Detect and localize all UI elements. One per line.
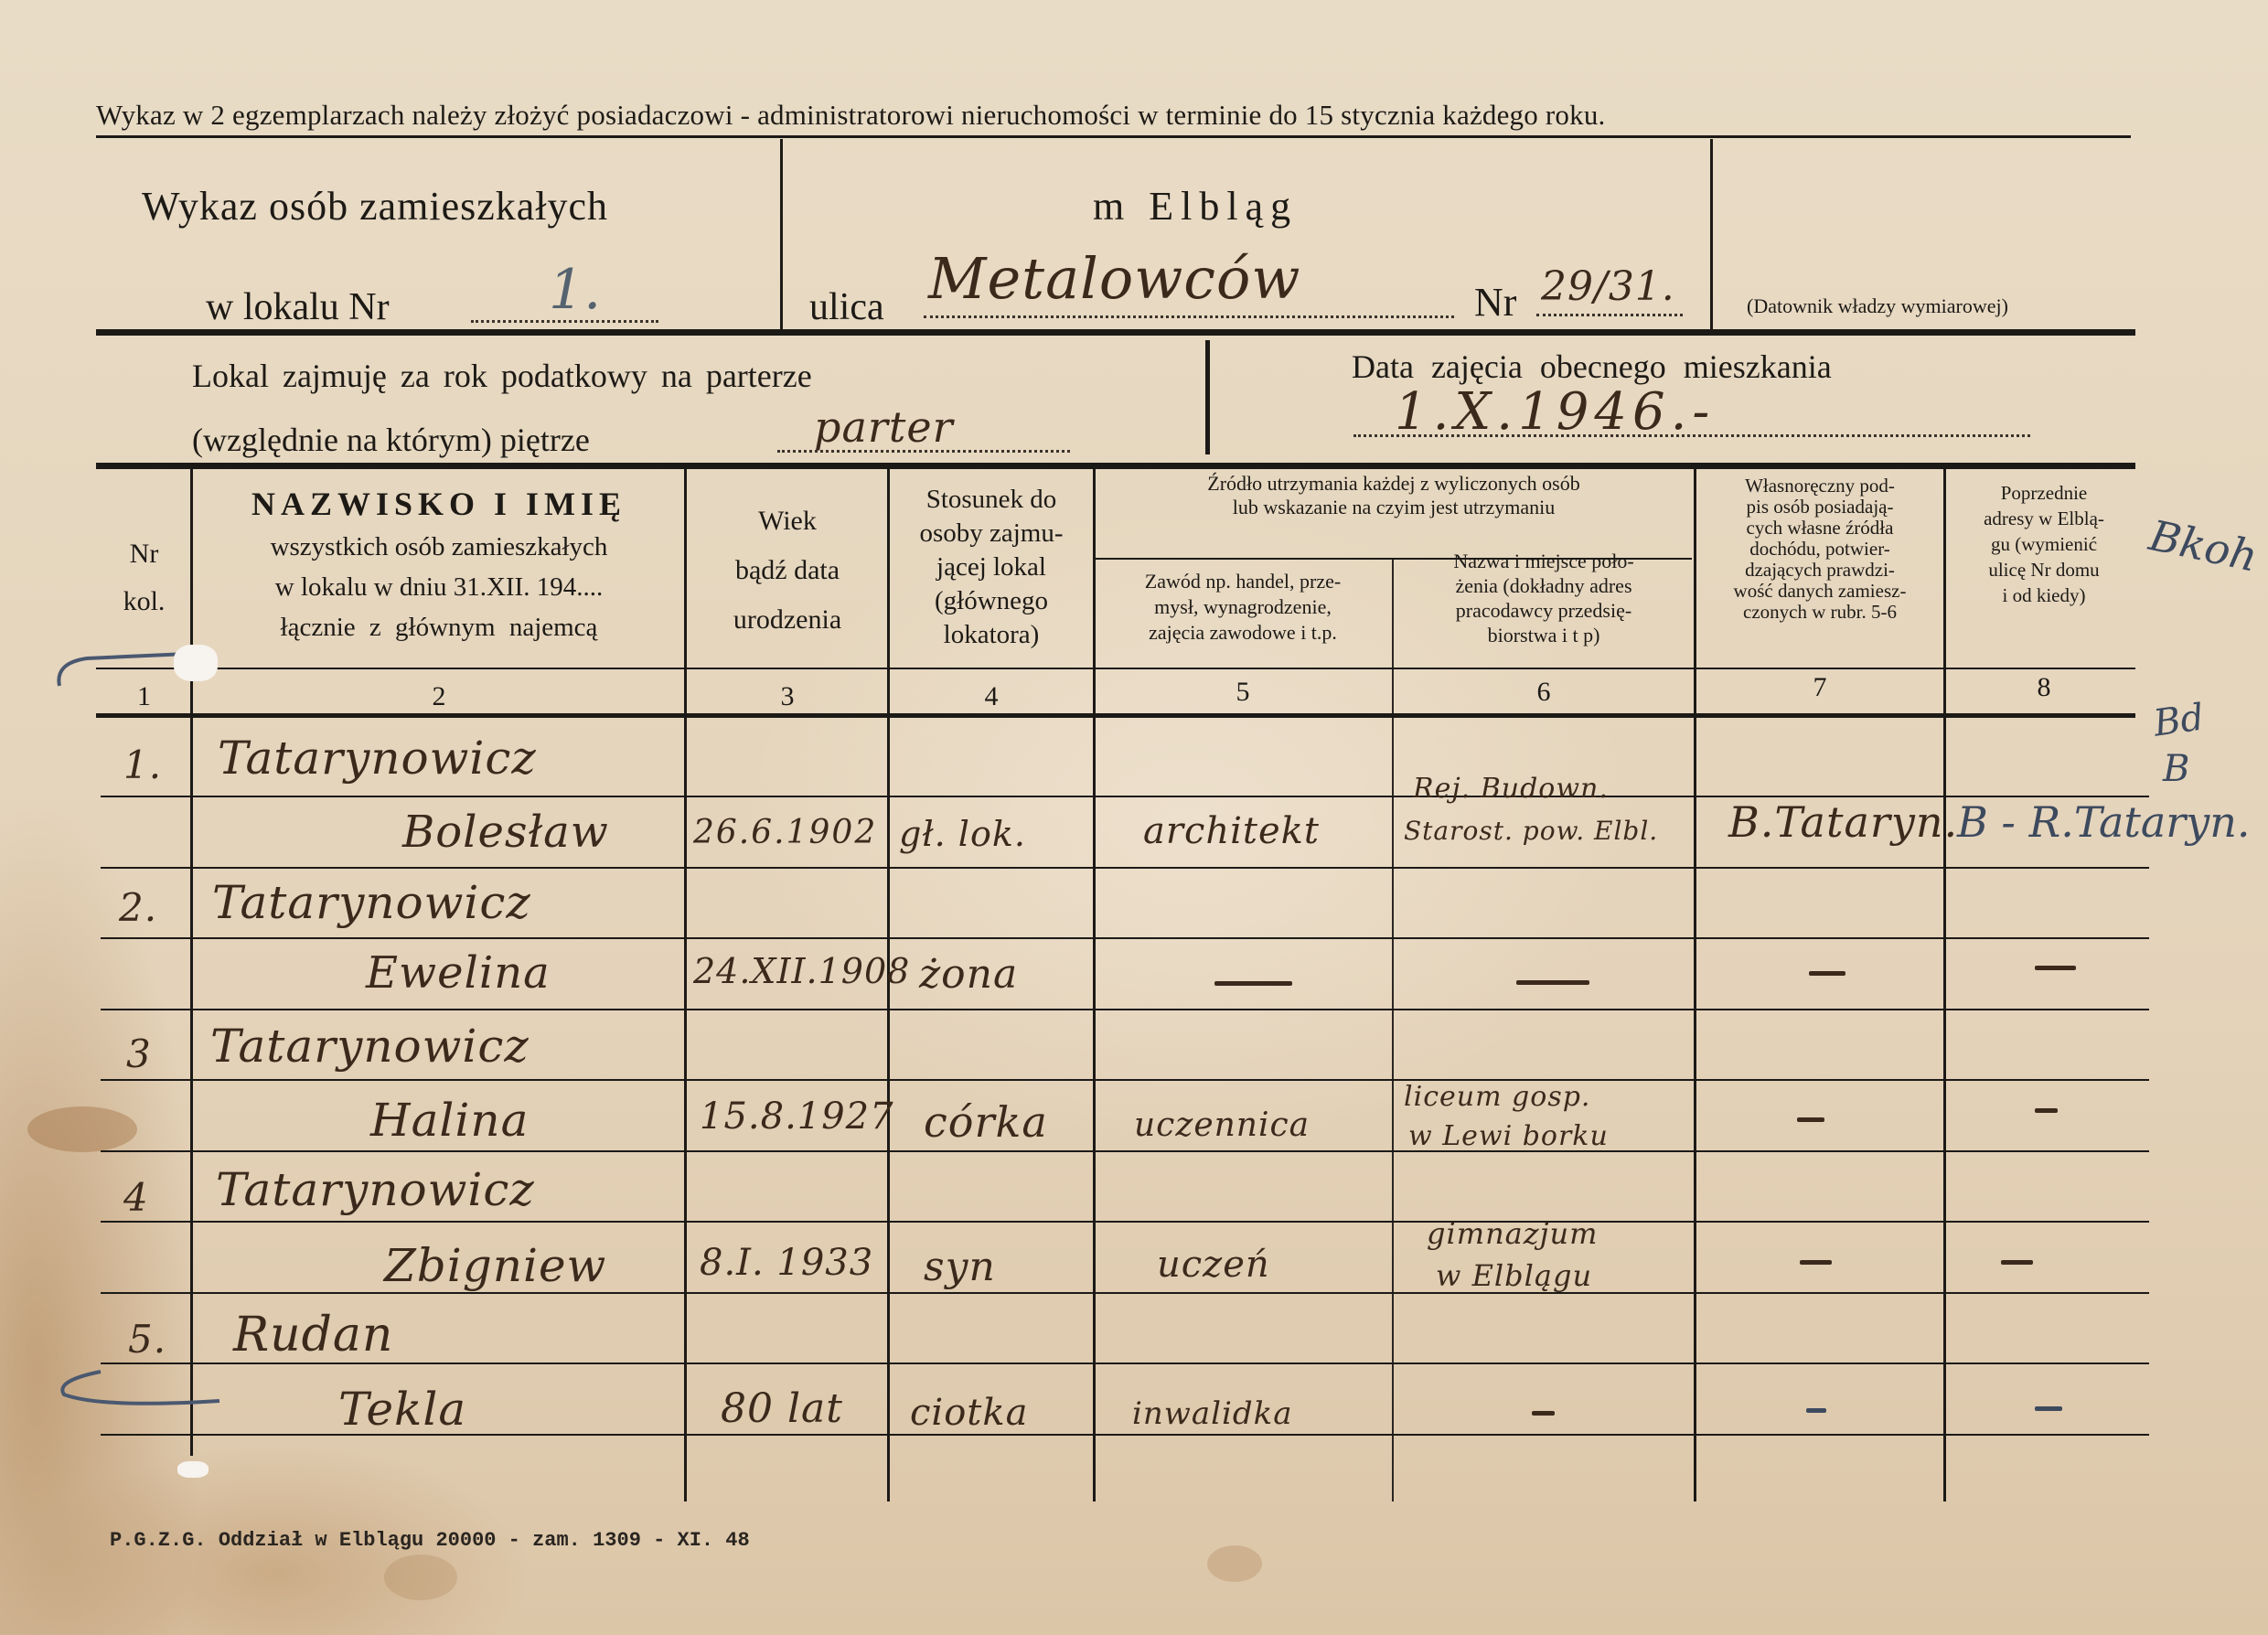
row-5-nr: 5. (128, 1317, 166, 1362)
row-5-first-name[interactable]: Tekla (338, 1383, 466, 1436)
row-1-occupation[interactable]: architekt (1143, 810, 1320, 852)
header-divider-2 (1710, 139, 1713, 331)
header-col-6-line: Nazwa i miejsce poło- (1396, 549, 1691, 573)
stain (1207, 1545, 1262, 1582)
row-line (101, 867, 2149, 869)
header-col-4-line: Stosunek do (890, 483, 1093, 517)
header-col-2: NAZWISKO I IMIĘ wszystkich osób zamieszk… (197, 485, 681, 647)
row-line (101, 1079, 2149, 1081)
row-3-first-name[interactable]: Halina (370, 1094, 529, 1147)
header-col-5: Zawód np. handel, prze- mysł, wynagrodze… (1096, 565, 1390, 646)
row-1-surname[interactable]: Tatarynowicz (218, 732, 537, 785)
row-2-first-name[interactable]: Ewelina (366, 947, 551, 999)
col-line-6 (1694, 468, 1696, 1501)
header-col-5-6-group: Źródło utrzymania każdej z wyliczonych o… (1096, 472, 1692, 519)
row-4-employer-line1[interactable]: gimnazjum (1427, 1216, 1598, 1251)
margin-note-2: Bd (2151, 696, 2207, 744)
floor-line-2: (względnie na którym) piętrze (192, 421, 590, 459)
row-5-employer-dash (1532, 1411, 1555, 1416)
row-4-relation[interactable]: syn (924, 1244, 996, 1290)
header-col-7-line: czonych w rubr. 5-6 (1697, 602, 1942, 623)
header-col-3-line: bądź data (688, 546, 887, 595)
header-number-rule (96, 668, 2135, 669)
row-4-birth[interactable]: 8.I. 1933 (700, 1242, 873, 1284)
header-col-6-line: biorstwa i t p) (1396, 623, 1691, 647)
header-divider-1 (780, 139, 783, 331)
col-line-5 (1392, 560, 1394, 1501)
header-col-2-line: łącznie z głównym najemcą (197, 607, 681, 647)
stain (27, 1106, 137, 1152)
header-col-4-line: (głównego (890, 584, 1093, 618)
row-5-occupation[interactable]: inwalidka (1132, 1395, 1293, 1432)
street-nr-line (1536, 314, 1683, 316)
col-number-4: 4 (890, 681, 1093, 712)
header-group-line: lub wskazanie na czyim jest utrzymaniu (1096, 496, 1692, 519)
header-col-1: Nr kol. (101, 530, 187, 625)
street-label: ulica (809, 285, 884, 329)
col-number-7: 7 (1697, 672, 1942, 703)
row-3-signature-dash (1797, 1117, 1824, 1122)
header-col-3: Wiek bądź data urodzenia (688, 497, 887, 645)
street-nr-label: Nr (1474, 279, 1516, 326)
header-col-7-line: Własnoręczny pod- (1697, 476, 1942, 497)
row-3-nr: 3 (126, 1031, 152, 1076)
instruction-line: Wykaz w 2 egzemplarzach należy złożyć po… (96, 99, 2190, 132)
row-4-occupation[interactable]: uczeń (1157, 1244, 1270, 1286)
street-number-field[interactable]: 29/31. (1541, 263, 1675, 310)
row-1-nr: 1. (123, 743, 162, 787)
top-rule (96, 135, 2131, 138)
row-2-occupation-dash (1214, 981, 1292, 986)
header-col-8-line: gu (wymienić (1948, 531, 2140, 557)
header-col-8-line: i od kiedy) (1948, 582, 2140, 608)
floor-field[interactable]: parter (814, 402, 954, 452)
lokal-number-field[interactable]: 1. (549, 258, 601, 322)
row-3-occupation[interactable]: uczennica (1134, 1106, 1310, 1144)
row-4-signature-dash (1800, 1260, 1832, 1265)
stamp-label: (Datownik władzy wymiarowej) (1747, 294, 2008, 318)
row-line (101, 1362, 2149, 1364)
punch-hole-bottom (177, 1461, 209, 1478)
move-in-label: Data zajęcia obecnego mieszkania (1352, 347, 1832, 386)
row-3-surname[interactable]: Tatarynowicz (210, 1020, 530, 1073)
header-col-5-line: zajęcia zawodowe i t.p. (1096, 620, 1390, 646)
row-1-birth[interactable]: 26.6.1902 (693, 814, 877, 851)
row-3-relation[interactable]: córka (924, 1097, 1048, 1147)
row-4-previous-dash (2001, 1260, 2033, 1265)
row-line (101, 1009, 2149, 1010)
col-number-3: 3 (688, 681, 887, 712)
header-col-7-line: wość danych zamiesz- (1697, 581, 1942, 602)
row-2-employer-dash (1516, 980, 1589, 985)
header-group-line: Źródło utrzymania każdej z wyliczonych o… (1096, 472, 1692, 496)
row-1-employer-line2[interactable]: Starost. pow. Elbl. (1404, 816, 1658, 846)
row-2-relation[interactable]: żona (919, 951, 1018, 998)
margin-note-1: Bkoh (2145, 510, 2263, 582)
header-col-2-line: w lokalu w dniu 31.XII. 194.... (197, 567, 681, 607)
header-col-5-line: Zawód np. handel, prze- (1096, 569, 1390, 594)
row-3-employer-line1[interactable]: liceum gosp. (1404, 1081, 1590, 1113)
row-1-previous-address[interactable]: B - R.Tataryn. (1957, 797, 2251, 847)
row-3-birth[interactable]: 15.8.1927 (700, 1095, 894, 1138)
header-col-8-line: Poprzednie (1948, 480, 2140, 506)
row-3-previous-dash (2035, 1108, 2058, 1113)
margin-note-3: B (2163, 748, 2189, 790)
row-5-previous-dash (2035, 1406, 2062, 1411)
table-top-rule (96, 463, 2135, 469)
header-col-2-line: wszystkich osób zamieszkałych (197, 527, 681, 567)
header-col-4-line: jącej lokal (890, 550, 1093, 584)
header-col-3-line: urodzenia (688, 595, 887, 645)
header-col-5-line: mysł, wynagrodzenie, (1096, 594, 1390, 620)
header-col-7-line: cych własne źródła (1697, 518, 1942, 539)
row-line (101, 1221, 2149, 1223)
row-2-previous-dash (2035, 966, 2076, 970)
header-col-6-line: żenia (dokładny adres (1396, 573, 1691, 598)
header-col-1-line: kol. (101, 578, 187, 625)
header-col-2-title: NAZWISKO I IMIĘ (197, 485, 681, 523)
col-line-2 (684, 468, 687, 1501)
row-4-first-name[interactable]: Zbigniew (384, 1239, 606, 1292)
city-label: m Elbląg (1093, 183, 1298, 230)
left-margin-mark-bottom-icon (46, 1362, 229, 1417)
move-in-date-field[interactable]: 1.X.1946.- (1395, 382, 1715, 442)
row-1-relation[interactable]: gł. lok. (899, 814, 1026, 854)
row-2-signature-dash (1809, 971, 1845, 976)
row-line (101, 937, 2149, 939)
header-col-6: Nazwa i miejsce poło- żenia (dokładny ad… (1396, 549, 1691, 647)
punch-hole-top (174, 645, 218, 681)
row-1-signature[interactable]: B.Tataryn. (1728, 797, 1958, 847)
row-4-employer-line2[interactable]: w Elblągu (1436, 1258, 1592, 1293)
form-title: Wykaz osób zamieszkałych (142, 183, 608, 230)
col-number-5: 5 (1096, 677, 1390, 708)
street-field-line (924, 315, 1454, 318)
row-5-birth[interactable]: 80 lat (721, 1385, 843, 1432)
col-number-8: 8 (1948, 672, 2140, 703)
row-2-surname[interactable]: Tatarynowicz (212, 876, 531, 929)
row-4-surname[interactable]: Tatarynowicz (216, 1163, 535, 1216)
col-number-6: 6 (1396, 677, 1691, 708)
row-line (101, 1150, 2149, 1152)
header-col-7-line: dzających prawdzi- (1697, 560, 1942, 581)
header-col-1-line: Nr (101, 530, 187, 578)
header-col-4-line: osoby zajmu- (890, 517, 1093, 550)
row-1-employer-line1[interactable]: Rej. Budown. (1413, 773, 1609, 805)
header-col-8: Poprzednie adresy w Elblą- gu (wymienić … (1948, 480, 2140, 608)
row-3-employer-line2[interactable]: w Lewi borku (1408, 1120, 1609, 1152)
row-2-nr: 2. (119, 885, 157, 930)
col-line-1 (190, 468, 193, 1456)
header-col-8-line: ulicę Nr domu (1948, 557, 2140, 582)
col-line-7 (1943, 468, 1946, 1501)
street-name-field[interactable]: Metalowców (928, 245, 1300, 312)
lokal-label: w lokalu Nr (206, 285, 390, 329)
header-col-7-line: pis osób posiadają- (1697, 497, 1942, 518)
row-1-first-name[interactable]: Bolesław (402, 807, 609, 858)
row-5-relation[interactable]: ciotka (910, 1392, 1028, 1434)
header-col-4-line: lokatora) (890, 618, 1093, 652)
row-5-surname[interactable]: Rudan (233, 1308, 393, 1362)
row-2-birth[interactable]: 24.XII.1908 (693, 951, 910, 991)
header-col-7-line: dochódu, potwier- (1697, 539, 1942, 560)
floor-line-1: Lokal zajmuję za rok podatkowy na parter… (192, 357, 812, 395)
header-col-7: Własnoręczny pod- pis osób posiadają- cy… (1697, 476, 1942, 623)
row-line (101, 1292, 2149, 1294)
header-col-4: Stosunek do osoby zajmu- jącej lokal (gł… (890, 483, 1093, 652)
floor-divider (1205, 340, 1210, 454)
header-col-3-line: Wiek (688, 497, 887, 546)
header-bottom-rule (96, 329, 2135, 336)
col-number-2: 2 (197, 681, 681, 712)
stain (384, 1555, 457, 1600)
printer-footer: P.G.Z.G. Oddział w Elblągu 20000 - zam. … (110, 1529, 750, 1552)
header-bottom-thick-rule (96, 713, 2135, 718)
header-col-8-line: adresy w Elblą- (1948, 506, 2140, 531)
row-5-signature-dash (1806, 1408, 1826, 1413)
row-4-nr: 4 (123, 1175, 149, 1220)
header-col-6-line: pracodawcy przedsię- (1396, 598, 1691, 623)
